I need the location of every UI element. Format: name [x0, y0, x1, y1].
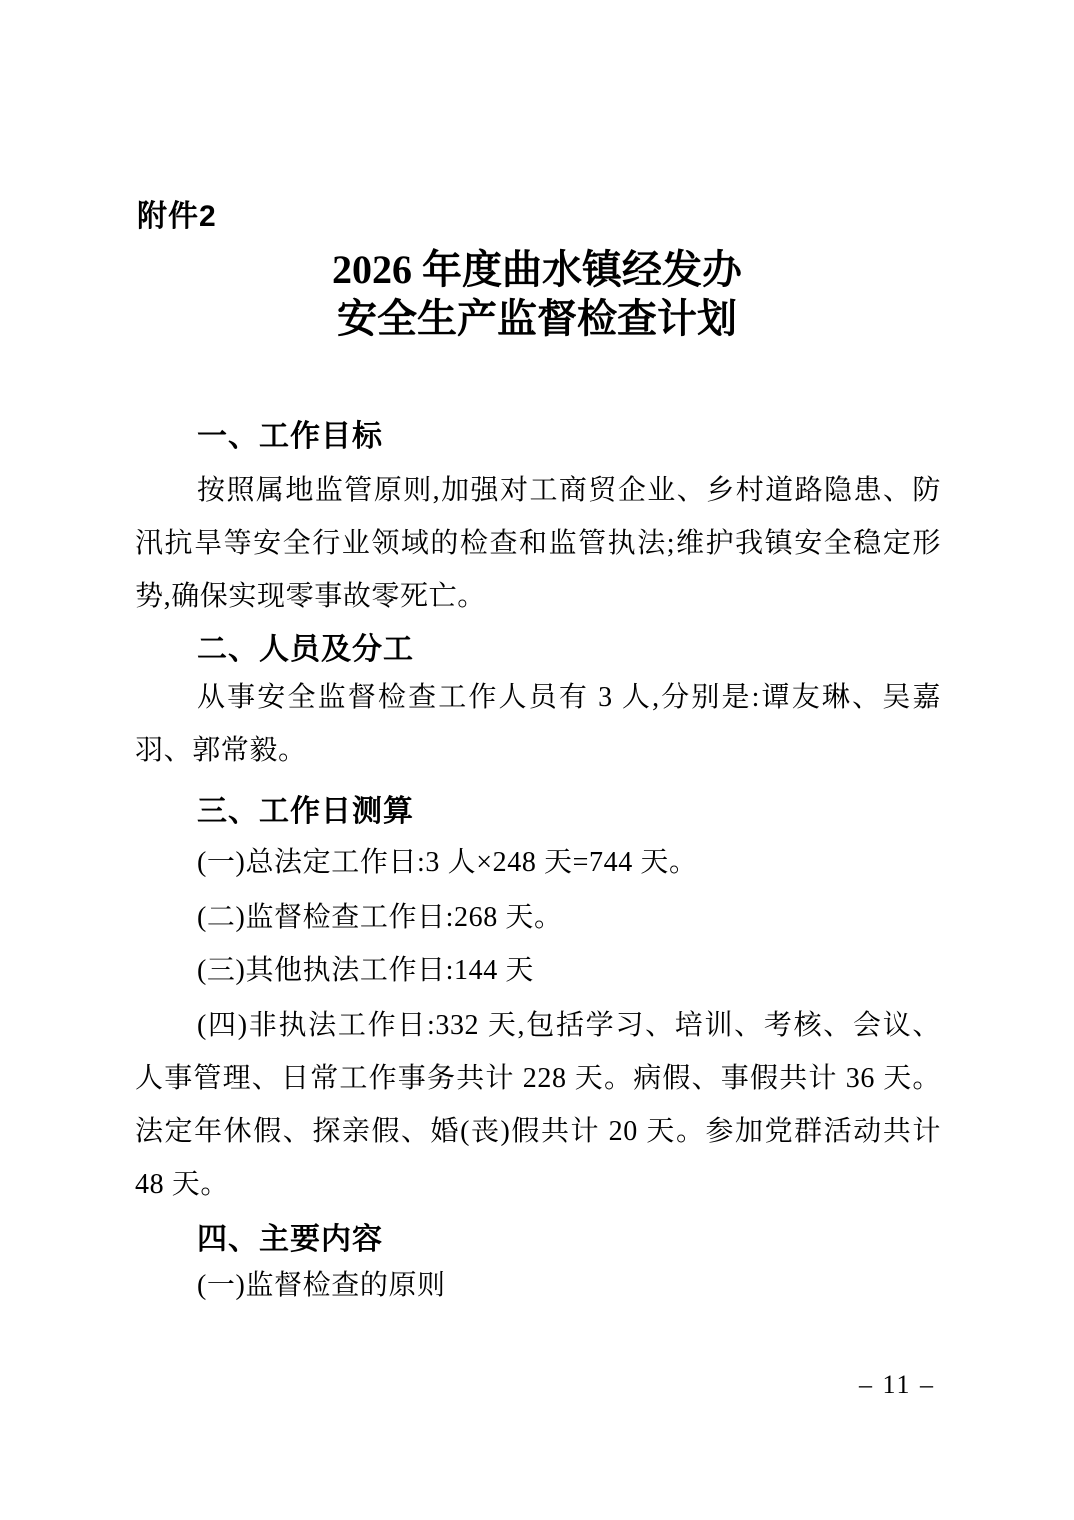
section-heading-workday-calculation: 三、工作日测算: [135, 792, 941, 832]
item-supervision-inspection-principles: (一)监督检查的原则: [135, 1259, 941, 1312]
section-heading-main-content: 四、主要内容: [135, 1220, 941, 1260]
item-total-statutory-workdays: (一)总法定工作日:3 人×248 天=744 天。: [135, 836, 941, 889]
paragraph-personnel: 从事安全监督检查工作人员有 3 人,分别是:谭友琳、吴嘉羽、郭常毅。: [135, 671, 941, 777]
paragraph-work-goals: 按照属地监管原则,加强对工商贸企业、乡村道路隐患、防汛抗旱等安全行业领域的检查和…: [135, 464, 941, 623]
attachment-label: 附件2: [137, 199, 217, 235]
section-heading-personnel: 二、人员及分工: [135, 630, 941, 670]
document-page: 附件2 2026 年度曲水镇经发办 安全生产监督检查计划 一、工作目标 按照属地…: [0, 0, 1074, 1520]
document-title-line-2: 安全生产监督检查计划: [0, 294, 1074, 343]
page-number: – 11 –: [859, 1370, 935, 1400]
document-title: 2026 年度曲水镇经发办 安全生产监督检查计划: [0, 245, 1074, 343]
item-supervision-inspection-workdays: (二)监督检查工作日:268 天。: [135, 891, 941, 944]
item-other-enforcement-workdays: (三)其他执法工作日:144 天: [135, 944, 941, 997]
document-title-line-1: 2026 年度曲水镇经发办: [0, 245, 1074, 294]
paragraph-non-enforcement-workdays: (四)非执法工作日:332 天,包括学习、培训、考核、会议、人事管理、日常工作事…: [135, 999, 941, 1211]
section-heading-work-goals: 一、工作目标: [135, 417, 941, 457]
